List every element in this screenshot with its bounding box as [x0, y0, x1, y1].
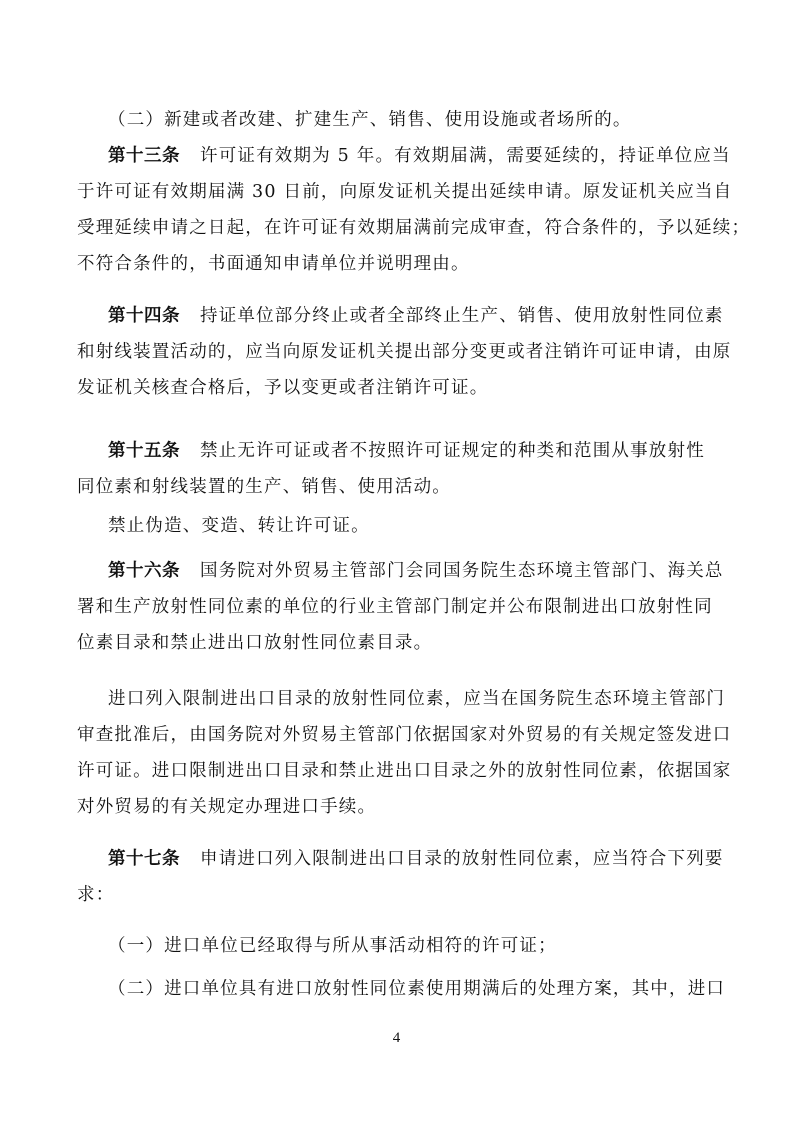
item-line: （二）新建或者改建、扩建生产、销售、使用设施或者场所的。 [108, 109, 719, 131]
article-text: 申请进口列入限制进出口目录的放射性同位素，应当符合下列要 [200, 849, 724, 869]
body-line: 受理延续申请之日起，在许可证有效期届满前完成审查，符合条件的，予以延续； [77, 217, 719, 239]
item-line: （一）进口单位已经取得与所从事活动相符的许可证； [108, 935, 719, 957]
item-line: 禁止伪造、变造、转让许可证。 [108, 515, 719, 537]
article-heading: 第十七条 [108, 849, 180, 869]
body-line: 位素目录和禁止进出口放射性同位素目录。 [77, 632, 719, 654]
body-line: 审查批准后，由国务院对外贸易主管部门依据国家对外贸易的有关规定签发进口 [77, 724, 719, 746]
article-13-line: 第十三条许可证有效期为 5 年。有效期届满，需要延续的，持证单位应当 [108, 145, 719, 167]
body-line: 许可证。进口限制进出口目录和禁止进出口目录之外的放射性同位素，依据国家 [77, 760, 719, 782]
article-heading: 第十四条 [108, 306, 180, 326]
body-line: 同位素和射线装置的生产、销售、使用活动。 [77, 476, 719, 498]
article-text: 许可证有效期为 5 年。有效期届满，需要延续的，持证单位应当 [200, 146, 731, 166]
body-line: 不符合条件的，书面通知申请单位并说明理由。 [77, 253, 719, 275]
document-page: （二）新建或者改建、扩建生产、销售、使用设施或者场所的。 第十三条许可证有效期为… [0, 0, 793, 1122]
article-14-line: 第十四条持证单位部分终止或者全部终止生产、销售、使用放射性同位素 [108, 305, 719, 327]
article-text: 持证单位部分终止或者全部终止生产、销售、使用放射性同位素 [200, 306, 724, 326]
article-text: 国务院对外贸易主管部门会同国务院生态环境主管部门、海关总 [200, 561, 724, 581]
article-16-line: 第十六条国务院对外贸易主管部门会同国务院生态环境主管部门、海关总 [108, 560, 719, 582]
body-line: 和射线装置活动的，应当向原发证机关提出部分变更或者注销许可证申请，由原 [77, 341, 719, 363]
article-17-line: 第十七条申请进口列入限制进出口目录的放射性同位素，应当符合下列要 [108, 848, 719, 870]
article-heading: 第十三条 [108, 146, 180, 166]
body-line: 署和生产放射性同位素的单位的行业主管部门制定并公布限制进出口放射性同 [77, 596, 719, 618]
paragraph-line: 进口列入限制进出口目录的放射性同位素，应当在国务院生态环境主管部门 [108, 688, 719, 710]
body-line: 发证机关核查合格后，予以变更或者注销许可证。 [77, 377, 719, 399]
body-line: 求： [77, 884, 719, 906]
article-text: 禁止无许可证或者不按照许可证规定的种类和范围从事放射性 [200, 441, 705, 461]
body-line: 对外贸易的有关规定办理进口手续。 [77, 796, 719, 818]
page-number: 4 [0, 1030, 793, 1047]
article-heading: 第十六条 [108, 561, 180, 581]
body-line: 于许可证有效期届满 30 日前，向原发证机关提出延续申请。原发证机关应当自 [77, 181, 719, 203]
article-15-line: 第十五条禁止无许可证或者不按照许可证规定的种类和范围从事放射性 [108, 440, 719, 462]
item-line: （二）进口单位具有进口放射性同位素使用期满后的处理方案，其中，进口 [108, 978, 719, 1000]
article-heading: 第十五条 [108, 441, 180, 461]
